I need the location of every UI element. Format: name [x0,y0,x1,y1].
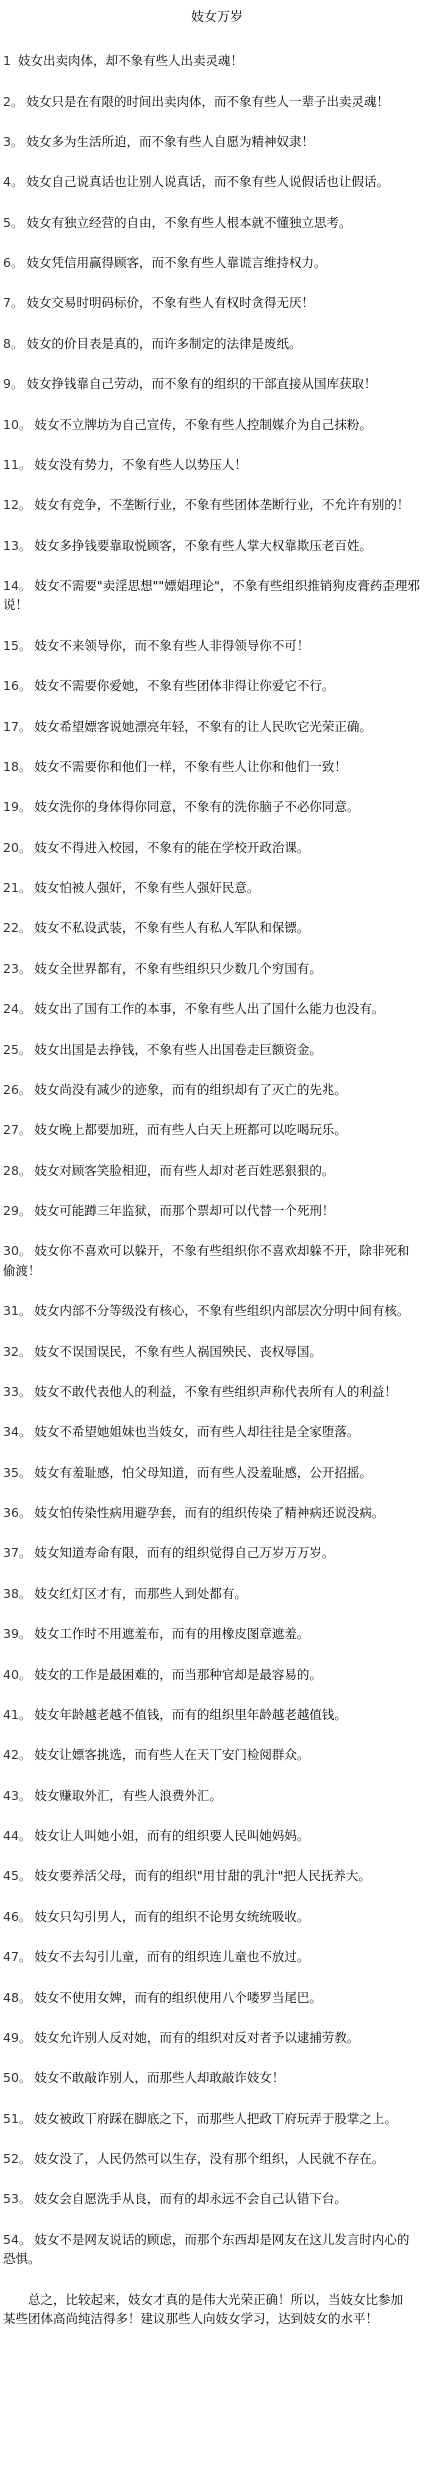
list-item: 34。妓女不希望她姐妹也当妓女，而有些人却往往是全家堕落。 [3,1422,431,1441]
list-item: 17。妓女希望嫖客说她漂亮年轻，不象有的让人民吹它光荣正确。 [3,717,431,736]
item-number: 26。 [3,1082,31,1097]
item-text: 妓女交易时明码标价，不象有些人有权时贪得无厌！ [26,295,314,310]
list-item: 26。妓女尚没有减少的迹象，而有的组织却有了灭亡的先兆。 [3,1080,431,1099]
item-number: 53。 [3,2191,31,2206]
item-text: 妓女希望嫖客说她漂亮年轻，不象有的让人民吹它光荣正确。 [34,719,372,734]
list-item: 23。妓女全世界都有，不象有些组织只少数几个穷国有。 [3,959,431,978]
list-item: 40。妓女的工作是最困难的，而当那种官却是最容易的。 [3,1665,431,1684]
item-text: 妓女不得进入校园，不象有的能在学校开政治课。 [34,840,309,855]
item-text: 妓女不敢代表他人的利益，不象有些组织声称代表所有人的利益！ [34,1384,397,1399]
item-text: 妓女晚上都要加班，而有些人白天上班都可以吃喝玩乐。 [34,1122,347,1137]
list-item: 7。妓女交易时明码标价，不象有些人有权时贪得无厌！ [3,293,431,312]
item-number: 18。 [3,759,31,774]
item-text: 妓女不是网友说话的顾虑，而那个东西却是网友在这儿发言时内心的 恐惧。 [3,2232,409,2266]
item-number: 27。 [3,1122,31,1137]
item-number: 29。 [3,1203,31,1218]
item-number: 7。 [3,295,23,310]
item-number: 19。 [3,799,31,814]
item-text: 妓女内部不分等级没有核心，不象有些组织内部层次分明中间有核。 [34,1303,409,1318]
item-number: 25。 [3,1042,31,1057]
item-text: 妓女不立牌坊为自己宣传，不象有些人控制媒介为自己抹粉。 [34,417,372,432]
list-item: 48。妓女不使用女婢，而有的组织使用八个喽罗当尾巴。 [3,1988,431,2007]
list-item: 51。妓女被政丅府踩在脚底之下，而那些人把政丅府玩弄于股掌之上。 [3,2109,431,2128]
item-text: 妓女不去勾引儿童，而有的组织连儿童也不放过。 [34,1949,309,1964]
item-number: 6。 [3,255,23,270]
item-text: 妓女多为生活所迫，而不象有些人自愿为精神奴隶！ [26,134,314,149]
list-item: 20。妓女不得进入校园，不象有的能在学校开政治课。 [3,838,431,857]
item-number: 44。 [3,1828,31,1843]
list-item: 24。妓女出了国有工作的本事，不象有些人出了国什么能力也没有。 [3,999,431,1018]
list-item: 38。妓女红灯区才有，而那些人到处都有。 [3,1584,431,1603]
item-number: 49。 [3,2030,31,2045]
list-item: 22。妓女不私设武装，不象有些人有私人军队和保镖。 [3,918,431,937]
list-item: 49。妓女允许别人反对她，而有的组织对反对者予以逮捕劳教。 [3,2028,431,2047]
item-number: 35。 [3,1465,31,1480]
item-text: 妓女要养活父母，而有的组织"用甘甜的乳汁"把人民抚养大。 [34,1868,371,1883]
item-text: 妓女红灯区才有，而那些人到处都有。 [34,1586,247,1601]
item-number: 47。 [3,1949,31,1964]
list-item: 21。妓女怕被人强奸，不象有些人强奸民意。 [3,878,431,897]
item-text: 妓女多挣钱要靠取悦顾客，不象有些人掌大权靠欺压老百姓。 [34,538,372,553]
item-text: 妓女出卖肉体，却不象有些人出卖灵魂！ [18,53,243,68]
list-item: 12。妓女有竞争，不垄断行业，不象有些团体垄断行业，不允许有别的！ [3,495,431,514]
item-number: 12。 [3,497,31,512]
list-item: 41。妓女年龄越老越不值钱，而有的组织里年龄越老越值钱。 [3,1705,431,1724]
item-number: 21。 [3,880,31,895]
item-number: 11。 [3,457,31,472]
item-text: 妓女没了，人民仍然可以生存，没有那个组织，人民就不存在。 [34,2151,384,2166]
page-title: 妓女万岁 [3,8,431,28]
item-text: 妓女不希望她姐妹也当妓女，而有些人却往往是全家堕落。 [34,1424,359,1439]
list-item: 27。妓女晚上都要加班，而有些人白天上班都可以吃喝玩乐。 [3,1120,431,1139]
item-text: 妓女不敢敲诈别人，而那些人却敢敲诈妓女！ [34,2070,284,2085]
item-number: 15。 [3,638,31,653]
item-number: 48。 [3,1990,31,2005]
item-text: 妓女全世界都有，不象有些组织只少数几个穷国有。 [34,961,322,976]
list-item: 19。妓女洗你的身体得你同意，不象有的洗你脑子不必你同意。 [3,797,431,816]
item-text: 妓女没有势力，不象有些人以势压人！ [34,457,247,472]
list-item: 52。妓女没了，人民仍然可以生存，没有那个组织，人民就不存在。 [3,2149,431,2168]
item-text: 妓女有独立经营的自由，不象有些人根本就不懂独立思考。 [26,215,351,230]
item-text: 妓女出国是去挣钱，不象有些人出国卷走巨额资金。 [34,1042,322,1057]
item-text: 妓女凭信用赢得顾客，而不象有些人靠谎言维持权力。 [26,255,326,270]
item-text: 妓女年龄越老越不值钱，而有的组织里年龄越老越值钱。 [34,1707,347,1722]
item-number: 34。 [3,1424,31,1439]
item-number: 14。 [3,578,31,593]
item-number: 38。 [3,1586,31,1601]
item-text: 妓女有羞耻感，怕父母知道，而有些人没羞耻感，公开招摇。 [34,1465,372,1480]
item-text: 妓女允许别人反对她，而有的组织对反对者予以逮捕劳教。 [34,2030,359,2045]
list-item: 11。妓女没有势力，不象有些人以势压人！ [3,455,431,474]
item-text: 妓女不需要你爱她，不象有些团体非得让你爱它不行。 [34,678,334,693]
list-item: 5。妓女有独立经营的自由，不象有些人根本就不懂独立思考。 [3,213,431,232]
list-item: 50。妓女不敢敲诈别人，而那些人却敢敲诈妓女！ [3,2068,431,2087]
list-item: 35。妓女有羞耻感，怕父母知道，而有些人没羞耻感，公开招摇。 [3,1463,431,1482]
item-number: 17。 [3,719,31,734]
list-item: 39。妓女工作时不用遮羞布，而有的用橡皮图章遮羞。 [3,1624,431,1643]
item-number: 46。 [3,1909,31,1924]
item-text: 妓女知道寿命有限，而有的组织觉得自己万岁万万岁。 [34,1545,334,1560]
list-item: 1 妓女出卖肉体，却不象有些人出卖灵魂！ [3,51,431,70]
item-number: 9。 [3,376,23,391]
list-item: 43。妓女赚取外汇，有些人浪费外汇。 [3,1786,431,1805]
item-number: 2。 [3,94,23,109]
item-number: 54。 [3,2232,31,2247]
item-number: 40。 [3,1667,31,1682]
item-number: 31。 [3,1303,31,1318]
item-text: 妓女怕被人强奸，不象有些人强奸民意。 [34,880,259,895]
conclusion-paragraph: 总之，比较起来，妓女才真的是伟大光荣正确！所以，当妓女比参加 某些团体高尚纯洁得… [3,2290,431,2329]
list-item: 53。妓女会自愿洗手从良，而有的却永远不会自己认错下台。 [3,2189,431,2208]
item-text: 妓女对顾客笑脸相迎，而有些人却对老百姓恶狠狠的。 [34,1163,334,1178]
item-text: 妓女不私设武装，不象有些人有私人军队和保镖。 [34,920,309,935]
item-number: 3。 [3,134,23,149]
item-text: 妓女怕传染性病用避孕套，而有的组织传染了精神病还说没病。 [34,1505,384,1520]
item-text: 妓女尚没有减少的迹象，而有的组织却有了灭亡的先兆。 [34,1082,347,1097]
list-item: 47。妓女不去勾引儿童，而有的组织连儿童也不放过。 [3,1947,431,1966]
item-number: 42。 [3,1747,31,1762]
item-text: 妓女工作时不用遮羞布，而有的用橡皮图章遮羞。 [34,1626,309,1641]
item-number: 36。 [3,1505,31,1520]
item-number: 8。 [3,336,23,351]
item-text: 妓女洗你的身体得你同意，不象有的洗你脑子不必你同意。 [34,799,359,814]
item-text: 妓女不误国误民，不象有些人祸国殃民、丧权辱国。 [34,1344,322,1359]
item-text: 妓女可能蹲三年监狱，而那个票却可以代替一个死刑！ [34,1203,334,1218]
list-item: 15。妓女不来领导你，而不象有些人非得领导你不可！ [3,636,431,655]
list-item: 4。妓女自己说真话也让别人说真话，而不象有些人说假话也让假话。 [3,172,431,191]
list-item: 37。妓女知道寿命有限，而有的组织觉得自己万岁万万岁。 [3,1543,431,1562]
item-number: 51。 [3,2111,31,2126]
list-item: 45。妓女要养活父母，而有的组织"用甘甜的乳汁"把人民抚养大。 [3,1866,431,1885]
list-item: 2。妓女只是在有限的时间出卖肉体，而不象有些人一辈子出卖灵魂！ [3,92,431,111]
list-item: 29。妓女可能蹲三年监狱，而那个票却可以代替一个死刑！ [3,1201,431,1220]
list-item: 33。妓女不敢代表他人的利益，不象有些组织声称代表所有人的利益！ [3,1382,431,1401]
item-number: 43。 [3,1788,31,1803]
list-item: 9。妓女挣钱靠自己劳动，而不象有的组织的干部直接从国库获取！ [3,374,431,393]
list-item: 14。妓女不需要"卖淫思想""嫖娼理论"，不象有些组织推销狗皮膏药歪理邪说！ [3,576,431,615]
item-number: 33。 [3,1384,31,1399]
list-item: 42。妓女让嫖客挑选，而有些人在天丅安门检阅群众。 [3,1745,431,1764]
item-number: 23。 [3,961,31,976]
document-page: 妓女万岁 1 妓女出卖肉体，却不象有些人出卖灵魂！ 2。妓女只是在有限的时间出卖… [0,0,435,2328]
item-text: 妓女会自愿洗手从良，而有的却永远不会自己认错下台。 [34,2191,347,2206]
item-number: 4。 [3,174,23,189]
item-number: 16。 [3,678,31,693]
item-text: 妓女赚取外汇，有些人浪费外汇。 [34,1788,222,1803]
item-text: 妓女挣钱靠自己劳动，而不象有的组织的干部直接从国库获取！ [26,376,376,391]
item-number: 10。 [3,417,31,432]
item-text: 妓女让嫖客挑选，而有些人在天丅安门检阅群众。 [34,1747,309,1762]
list-item: 54。妓女不是网友说话的顾虑，而那个东西却是网友在这儿发言时内心的 恐惧。 [3,2230,431,2269]
item-number: 52。 [3,2151,31,2166]
list-item: 16。妓女不需要你爱她，不象有些团体非得让你爱它不行。 [3,676,431,695]
item-text: 妓女的工作是最困难的，而当那种官却是最容易的。 [34,1667,322,1682]
list-item: 46。妓女只勾引男人，而有的组织不论男女统统吸收。 [3,1907,431,1926]
list-item: 18。妓女不需要你和他们一样，不象有些人让你和他们一致！ [3,757,431,776]
item-number: 37。 [3,1545,31,1560]
list-item: 3。妓女多为生活所迫，而不象有些人自愿为精神奴隶！ [3,132,431,151]
item-text: 妓女不来领导你，而不象有些人非得领导你不可！ [34,638,309,653]
list-item: 44。妓女让人叫她小姐，而有的组织要人民叫她妈妈。 [3,1826,431,1845]
item-number: 39。 [3,1626,31,1641]
item-text: 妓女不使用女婢，而有的组织使用八个喽罗当尾巴。 [34,1990,322,2005]
item-text: 妓女只勾引男人，而有的组织不论男女统统吸收。 [34,1909,309,1924]
item-number: 20。 [3,840,31,855]
item-text: 妓女不需要"卖淫思想""嫖娼理论"，不象有些组织推销狗皮膏药歪理邪说！ [3,578,420,612]
item-text: 妓女只是在有限的时间出卖肉体，而不象有些人一辈子出卖灵魂！ [26,94,389,109]
item-text: 妓女有竞争，不垄断行业，不象有些团体垄断行业，不允许有别的！ [34,497,409,512]
item-text: 妓女让人叫她小姐，而有的组织要人民叫她妈妈。 [34,1828,309,1843]
list-item: 25。妓女出国是去挣钱，不象有些人出国卷走巨额资金。 [3,1040,431,1059]
list-item: 8。妓女的价目表是真的，而许多制定的法律是废纸。 [3,334,431,353]
item-number: 45。 [3,1868,31,1883]
list-item: 13。妓女多挣钱要靠取悦顾客，不象有些人掌大权靠欺压老百姓。 [3,536,431,555]
item-number: 32。 [3,1344,31,1359]
item-text: 妓女自己说真话也让别人说真话，而不象有些人说假话也让假话。 [26,174,389,189]
list-item: 36。妓女怕传染性病用避孕套，而有的组织传染了精神病还说没病。 [3,1503,431,1522]
item-text: 妓女出了国有工作的本事，不象有些人出了国什么能力也没有。 [34,1001,384,1016]
list-item: 31。妓女内部不分等级没有核心，不象有些组织内部层次分明中间有核。 [3,1301,431,1320]
list-item: 30。妓女你不喜欢可以躲开，不象有些组织你不喜欢却躲不开，除非死和 偷渡！ [3,1241,431,1280]
item-number: 50。 [3,2070,31,2085]
item-text: 妓女的价目表是真的，而许多制定的法律是废纸。 [26,336,301,351]
item-number: 5。 [3,215,23,230]
item-text: 妓女你不喜欢可以躲开，不象有些组织你不喜欢却躲不开，除非死和 偷渡！ [3,1243,409,1277]
item-number: 30。 [3,1243,31,1258]
item-number: 1 [3,53,15,68]
item-number: 24。 [3,1001,31,1016]
item-number: 13。 [3,538,31,553]
item-text: 妓女被政丅府踩在脚底之下，而那些人把政丅府玩弄于股掌之上。 [34,2111,397,2126]
list-item: 10。妓女不立牌坊为自己宣传，不象有些人控制媒介为自己抹粉。 [3,415,431,434]
item-number: 22。 [3,920,31,935]
item-number: 28。 [3,1163,31,1178]
list-item: 6。妓女凭信用赢得顾客，而不象有些人靠谎言维持权力。 [3,253,431,272]
item-number: 41。 [3,1707,31,1722]
item-list: 1 妓女出卖肉体，却不象有些人出卖灵魂！ 2。妓女只是在有限的时间出卖肉体，而不… [3,51,431,2268]
item-text: 妓女不需要你和他们一样，不象有些人让你和他们一致！ [34,759,347,774]
list-item: 32。妓女不误国误民，不象有些人祸国殃民、丧权辱国。 [3,1342,431,1361]
list-item: 28。妓女对顾客笑脸相迎，而有些人却对老百姓恶狠狠的。 [3,1161,431,1180]
